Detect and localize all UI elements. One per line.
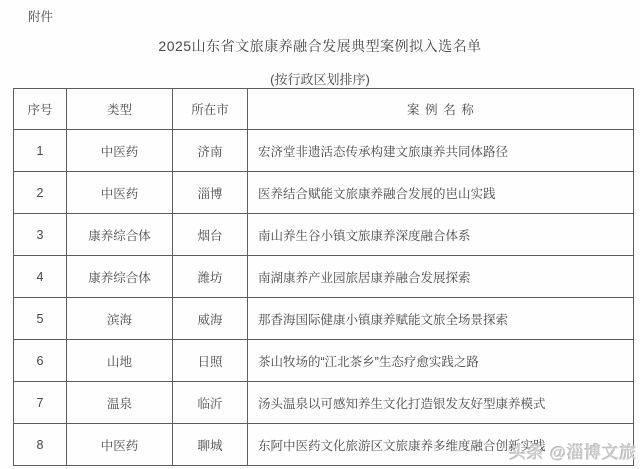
cell-type: 康养综合体 bbox=[67, 214, 173, 256]
cell-city: 聊城 bbox=[173, 424, 248, 466]
cell-case-name: 汤头温泉以可感知养生文化打造银发友好型康养模式 bbox=[248, 382, 634, 424]
cell-type: 山地 bbox=[67, 340, 173, 382]
cell-case-name: 那香海国际健康小镇康养赋能文旅全场景探索 bbox=[248, 298, 634, 340]
table-row: 5 滨海 威海 那香海国际健康小镇康养赋能文旅全场景探索 bbox=[14, 298, 634, 340]
cell-case-name: 南山养生谷小镇文旅康养深度融合体系 bbox=[248, 214, 634, 256]
cell-case-name: 宏济堂非遗活态传承构建文旅康养共同体路径 bbox=[248, 130, 634, 172]
cell-type: 中医药 bbox=[67, 130, 173, 172]
cell-type: 温泉 bbox=[67, 382, 173, 424]
table-row: 2 中医药 淄博 医养结合赋能文旅康养融合发展的岜山实践 bbox=[14, 172, 634, 214]
page-subtitle: (按行政区划排序) bbox=[0, 69, 640, 88]
cell-type: 中医药 bbox=[67, 172, 173, 214]
table-row: 7 温泉 临沂 汤头温泉以可感知养生文化打造银发友好型康养模式 bbox=[14, 382, 634, 424]
cell-city: 潍坊 bbox=[173, 256, 248, 298]
cell-type: 中医药 bbox=[67, 424, 173, 466]
cell-city: 烟台 bbox=[173, 214, 248, 256]
cell-case-name: 茶山牧场的“江北茶乡”生态疗愈实践之路 bbox=[248, 340, 634, 382]
col-header-type: 类型 bbox=[67, 89, 173, 130]
cell-city: 淄博 bbox=[173, 172, 248, 214]
cell-no: 2 bbox=[14, 172, 67, 214]
cell-no: 3 bbox=[14, 214, 67, 256]
attachment-label: 附件 bbox=[28, 7, 53, 25]
cell-type: 滨海 bbox=[67, 298, 173, 340]
col-header-no: 序号 bbox=[14, 89, 67, 130]
cell-no: 6 bbox=[14, 340, 67, 382]
cell-city: 临沂 bbox=[173, 382, 248, 424]
table-row: 1 中医药 济南 宏济堂非遗活态传承构建文旅康养共同体路径 bbox=[14, 130, 634, 172]
cell-no: 7 bbox=[14, 382, 67, 424]
cell-case-name: 医养结合赋能文旅康养融合发展的岜山实践 bbox=[248, 172, 634, 214]
cell-no: 8 bbox=[14, 424, 67, 466]
table-row: 3 康养综合体 烟台 南山养生谷小镇文旅康养深度融合体系 bbox=[14, 214, 634, 256]
cell-no: 5 bbox=[14, 298, 67, 340]
table-row: 4 康养综合体 潍坊 南湖康养产业园旅居康养融合发展探索 bbox=[14, 256, 634, 298]
table-row: 6 山地 日照 茶山牧场的“江北茶乡”生态疗愈实践之路 bbox=[14, 340, 634, 382]
cell-no: 4 bbox=[14, 256, 67, 298]
cell-type: 康养综合体 bbox=[67, 256, 173, 298]
toutiao-watermark: 头条 @淄博文旅 bbox=[509, 439, 637, 463]
document-page: 附件 2025山东省文旅康养融合发展典型案例拟入选名单 (按行政区划排序) 序号… bbox=[0, 0, 640, 469]
cell-city: 济南 bbox=[173, 130, 248, 172]
col-header-case-name: 案例名称 bbox=[248, 89, 634, 130]
table-header-row: 序号 类型 所在市 案例名称 bbox=[14, 89, 634, 130]
cell-city: 威海 bbox=[173, 298, 248, 340]
cell-case-name: 南湖康养产业园旅居康养融合发展探索 bbox=[248, 256, 634, 298]
case-list-table: 序号 类型 所在市 案例名称 1 中医药 济南 宏济堂非遗活态传承构建文旅康养共… bbox=[13, 88, 634, 466]
col-header-city: 所在市 bbox=[173, 89, 248, 130]
page-title: 2025山东省文旅康养融合发展典型案例拟入选名单 bbox=[0, 36, 640, 56]
cell-city: 日照 bbox=[173, 340, 248, 382]
cell-no: 1 bbox=[14, 130, 67, 172]
